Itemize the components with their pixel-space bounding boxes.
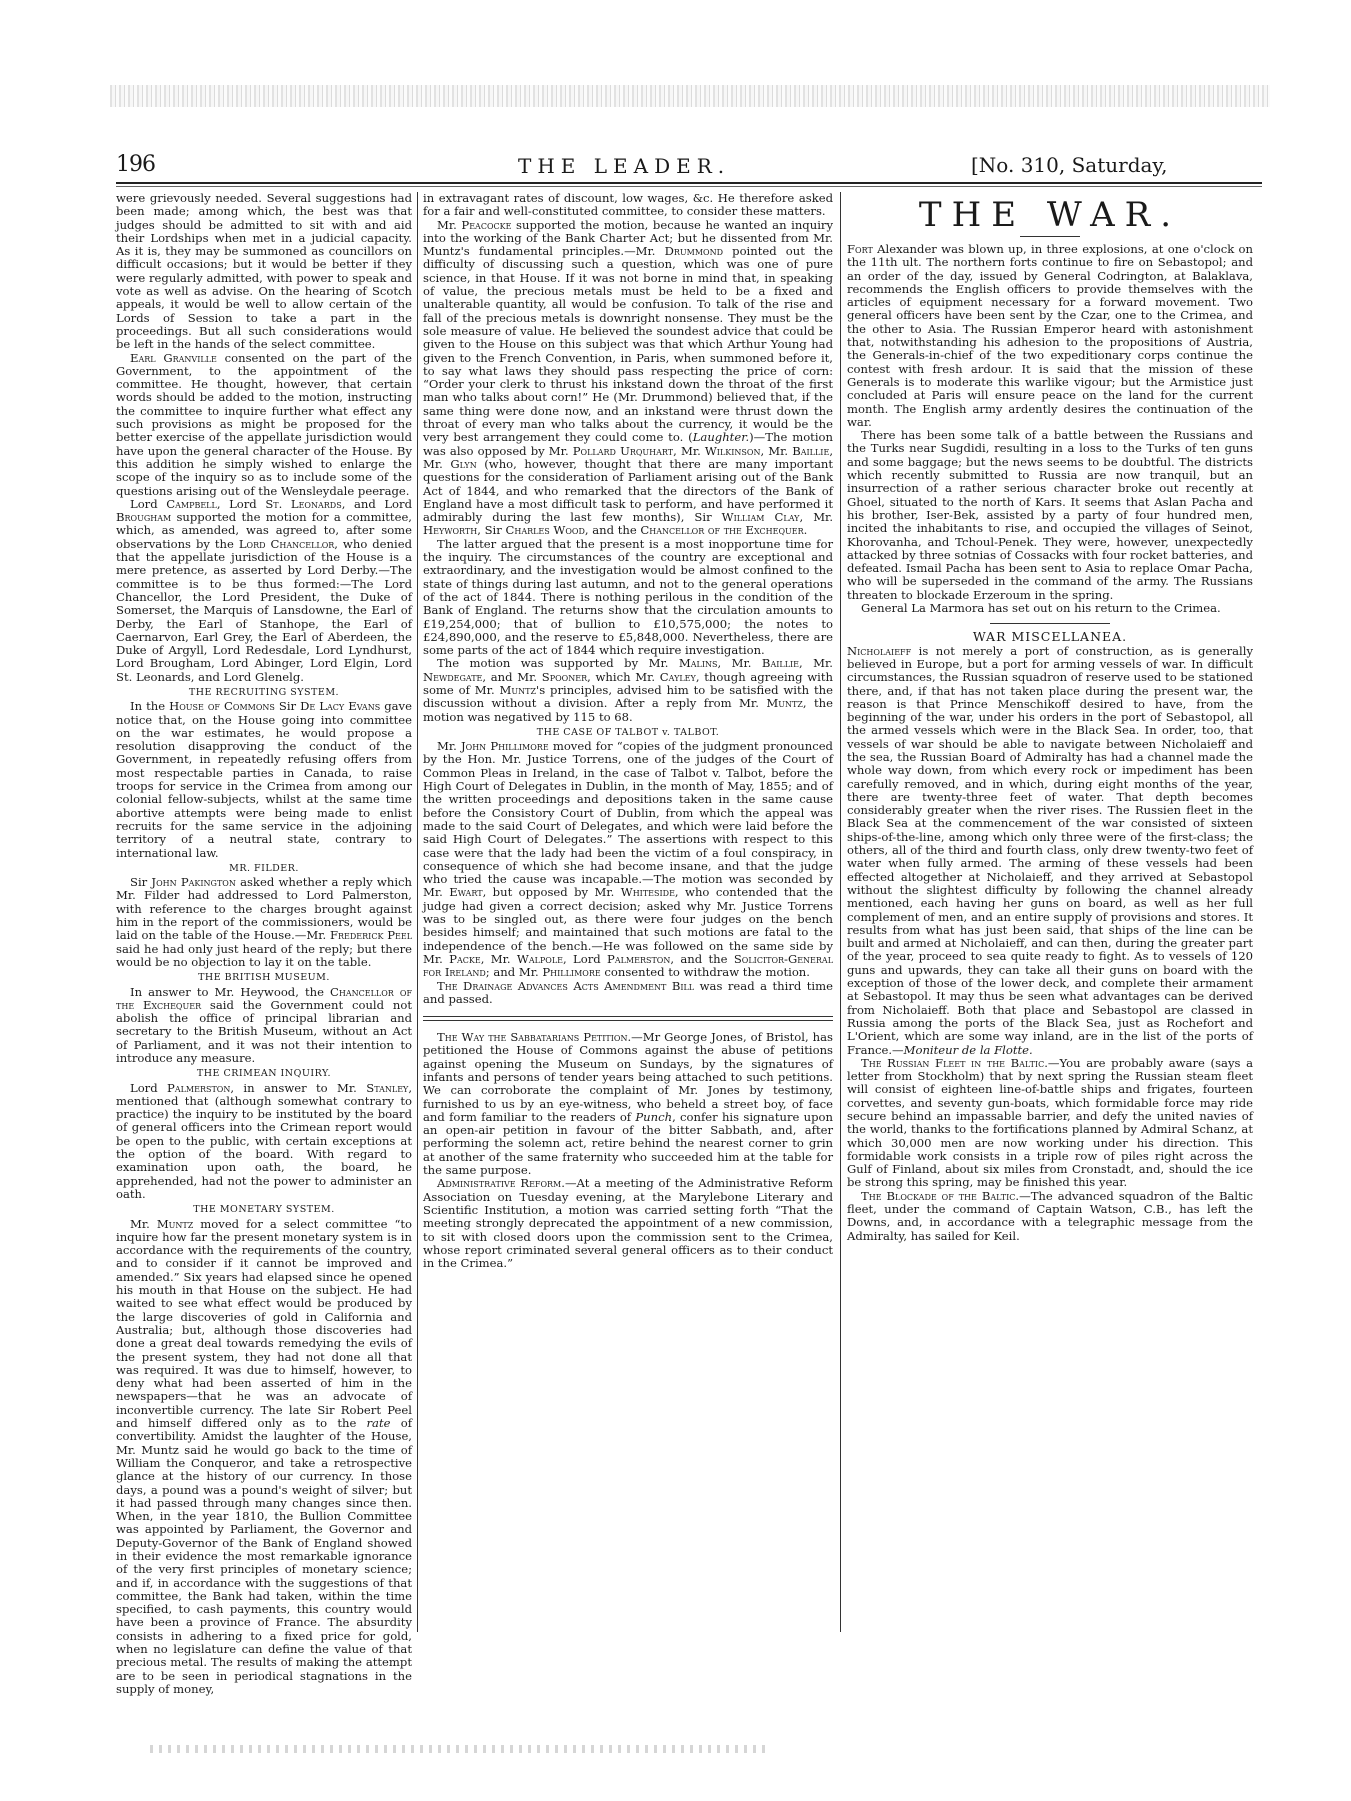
item-lead: Nicholaieff — [847, 644, 911, 658]
paragraph: were grievously needed. Several suggesti… — [116, 192, 412, 352]
paragraph-text: moved for a select committee “to inquire… — [116, 1217, 412, 1430]
paragraph: Nicholaieff is not merely a port of cons… — [847, 645, 1253, 1057]
paragraph-text: , Mr. — [718, 656, 762, 670]
paragraph-text: said he had only just heard of the reply… — [116, 942, 412, 969]
paragraph-text: , mentioned that (although somewhat cont… — [116, 1081, 412, 1201]
paragraph: Administrative Reform.—At a meeting of t… — [423, 1177, 833, 1270]
speaker-name: Muntz — [157, 1217, 194, 1231]
paragraph-text: moved for “copies of the judgment pronou… — [423, 739, 833, 899]
item-lead: Administrative Reform. — [437, 1176, 565, 1190]
speaker-name: De Lacy Evans — [300, 699, 380, 713]
paragraph-text: , and the — [585, 523, 641, 537]
paragraph-text: gave notice that, on the House going int… — [116, 699, 412, 859]
italic-text: Moniteur de la Flotte. — [904, 1043, 1033, 1057]
paragraph: Earl Granville consented on the part of … — [116, 352, 412, 498]
newspaper-title: THE LEADER. — [518, 154, 730, 178]
column-divider — [417, 192, 418, 1632]
italic-text: Punch — [635, 1110, 672, 1124]
paragraph: Mr. John Phillimore moved for “copies of… — [423, 740, 833, 979]
speaker-name: Walpole — [517, 952, 563, 966]
title-rule — [1020, 236, 1080, 237]
speaker-name: Cayley — [660, 670, 696, 684]
speaker-name: Drummond — [665, 244, 723, 258]
paragraph-text: , but opposed by Mr. — [483, 885, 621, 899]
paragraph-text: , Mr. — [799, 510, 833, 524]
speaker-name: Malins — [679, 656, 718, 670]
paragraph: Lord Campbell, Lord St. Leonards, and Lo… — [116, 498, 412, 684]
section-divider — [423, 1016, 833, 1021]
paragraph: in extravagant rates of discount, low wa… — [423, 192, 833, 219]
paragraph-text: pointed out the difficulty of discussing… — [423, 244, 833, 444]
paragraph: The Blockade of the Baltic.—The advanced… — [847, 1190, 1253, 1243]
speaker-name: Pollard Urquhart — [573, 444, 673, 458]
paragraph: The Drainage Advances Acts Amendment Bil… — [423, 980, 833, 1007]
column-divider — [840, 192, 841, 1632]
speaker-name: Muntz — [500, 683, 537, 697]
paragraph: Sir John Pakington asked whether a reply… — [116, 876, 412, 969]
speaker-name: Newdegate — [423, 670, 482, 684]
speaker-name: Peacocke — [461, 218, 511, 232]
paragraph-text: The motion was supported by Mr. — [437, 656, 679, 670]
paragraph-text: consented on the part of the Government,… — [116, 351, 412, 498]
paragraph-text: of convertibility. Amidst the laughter o… — [116, 1416, 412, 1696]
italic-text: rate — [367, 1416, 391, 1430]
paragraph-text: Mr. — [437, 739, 461, 753]
speaker-name: Earl Granville — [130, 351, 217, 365]
paragraph-text: , Mr. — [481, 952, 517, 966]
scan-artifact-top — [110, 85, 1270, 107]
paragraph-text: Sir — [275, 699, 300, 713]
paragraph-text: —You are probably aware (says a letter f… — [847, 1056, 1253, 1190]
paragraph-text: , Sir — [477, 523, 505, 537]
paragraph: Mr. Peacocke supported the motion, becau… — [423, 219, 833, 538]
paragraph: General La Marmora has set out on his re… — [847, 602, 1253, 615]
column-2: in extravagant rates of discount, low wa… — [423, 192, 833, 1270]
paragraph-text: , who denied that the appellate jurisdic… — [116, 537, 412, 684]
section-heading: THE CRIMEAN INQUIRY. — [116, 1067, 412, 1080]
paragraph-text: , Mr. — [799, 656, 833, 670]
paragraph: Fort Alexander was blown up, in three ex… — [847, 243, 1253, 429]
section-heading: THE RECRUITING SYSTEM. — [116, 686, 412, 699]
speaker-name: Spooner — [542, 670, 587, 684]
paragraph-text: Alexander was blown up, in three explosi… — [847, 242, 1253, 429]
speaker-name: Frederick Peel — [330, 928, 412, 942]
item-lead: Fort — [847, 242, 873, 256]
article-title: THE WAR. — [847, 196, 1253, 234]
masthead-rule-thin — [116, 186, 1262, 187]
paragraph-text: , which Mr. — [587, 670, 660, 684]
speaker-name: Campbell — [166, 497, 217, 511]
speaker-name: John Pakington — [151, 875, 235, 889]
paragraph-text: , Mr. — [673, 444, 705, 458]
paragraph-text: In answer to Mr. Heywood, the — [130, 985, 330, 999]
paragraph-text: —At a meeting of the Administrative Refo… — [423, 1176, 833, 1270]
paragraph-text: , Lord — [217, 497, 266, 511]
paragraph-text: , and Mr. — [482, 670, 541, 684]
paragraph-text: . — [804, 523, 808, 537]
item-lead: The Drainage Advances Acts Amendment Bil… — [437, 979, 694, 993]
speaker-name: St. Leonards — [265, 497, 341, 511]
masthead: 196 THE LEADER. [No. 310, Saturday, — [116, 150, 1262, 186]
paragraph-text: Sir — [130, 875, 151, 889]
paragraph-text: consented to withdraw the motion. — [601, 965, 810, 979]
speaker-name: Palmerston — [607, 952, 670, 966]
speaker-name: Heyworth — [423, 523, 477, 537]
speaker-name: Muntz — [766, 696, 803, 710]
section-heading: MR. FILDER. — [116, 862, 412, 875]
speaker-name: Brougham — [116, 510, 171, 524]
paragraph-text: , Mr. — [760, 444, 792, 458]
paragraph-text: Lord — [130, 497, 166, 511]
paragraph-text: Mr. — [130, 1217, 157, 1231]
paragraph: The motion was supported by Mr. Malins, … — [423, 657, 833, 723]
speaker-name: John Phillimore — [461, 739, 549, 753]
item-lead: The Blockade of the Baltic. — [861, 1189, 1019, 1203]
speaker-name: House of Commons — [169, 699, 275, 713]
speaker-name: Packe — [449, 952, 481, 966]
section-divider — [990, 623, 1110, 624]
speaker-name: Chancellor of the Exchequer — [640, 523, 803, 537]
section-heading: THE MONETARY SYSTEM. — [116, 1203, 412, 1216]
speaker-name: Baillie — [762, 656, 799, 670]
column-3: THE WAR. Fort Alexander was blown up, in… — [847, 192, 1253, 1243]
speaker-name: William Clay — [722, 510, 800, 524]
paragraph-text: is not merely a port of construction, as… — [847, 644, 1253, 1057]
speaker-name: Baillie — [792, 444, 829, 458]
speaker-name: Charles Wood — [505, 523, 584, 537]
paragraph: Mr. Muntz moved for a select committee “… — [116, 1218, 412, 1697]
paragraph-text: , in answer to Mr. — [230, 1081, 366, 1095]
paragraph: The Russian Fleet in the Baltic.—You are… — [847, 1057, 1253, 1190]
paragraph-text: ; and Mr. — [486, 965, 543, 979]
issue-line: [No. 310, Saturday, — [971, 153, 1167, 177]
speaker-name: Whiteside — [621, 885, 675, 899]
paragraph: In the House of Commons Sir De Lacy Evan… — [116, 700, 412, 860]
speaker-name: Palmerston — [167, 1081, 230, 1095]
item-lead: The Way the Sabbatarians Petition. — [437, 1030, 631, 1044]
paragraph-text: , and the — [670, 952, 734, 966]
paragraph-text: , Lord — [563, 952, 607, 966]
paragraph-text: Mr. — [437, 218, 461, 232]
speaker-name: Glyn — [450, 457, 476, 471]
paragraph: There has been some talk of a battle bet… — [847, 429, 1253, 602]
column-1: were grievously needed. Several suggesti… — [116, 192, 412, 1696]
paragraph: The latter argued that the present is a … — [423, 538, 833, 658]
page-number: 196 — [116, 152, 155, 177]
speaker-name: Phillimore — [542, 965, 600, 979]
masthead-rule — [116, 182, 1262, 184]
speaker-name: Lord Chancellor — [239, 537, 334, 551]
speaker-name: Ewart — [449, 885, 482, 899]
paragraph-text: Lord — [130, 1081, 167, 1095]
speaker-name: Wilkinson — [705, 444, 761, 458]
paragraph: Lord Palmerston, in answer to Mr. Stanle… — [116, 1082, 412, 1202]
section-heading: THE CASE OF TALBOT v. TALBOT. — [423, 726, 833, 739]
item-lead: The Russian Fleet in the Baltic. — [861, 1056, 1048, 1070]
section-heading: WAR MISCELLANEA. — [847, 630, 1253, 643]
paragraph-text: , and Lord — [342, 497, 412, 511]
paragraph: In answer to Mr. Heywood, the Chancellor… — [116, 986, 412, 1066]
paragraph: The Way the Sabbatarians Petition.—Mr Ge… — [423, 1031, 833, 1177]
speaker-name: Stanley — [366, 1081, 408, 1095]
section-heading: THE BRITISH MUSEUM. — [116, 971, 412, 984]
scan-artifact-bottom — [150, 1745, 770, 1753]
paragraph-text: In the — [130, 699, 169, 713]
italic-text: Laughter. — [693, 430, 749, 444]
